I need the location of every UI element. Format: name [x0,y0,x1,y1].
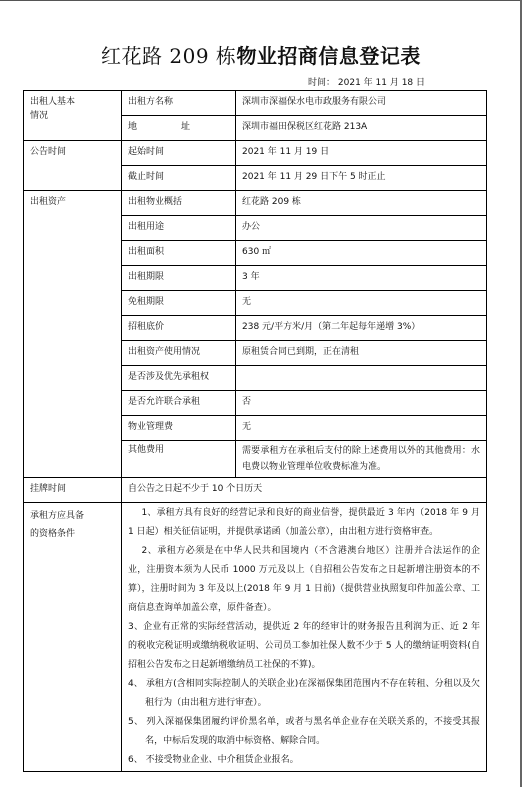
field-label: 物业管理费 [122,416,236,441]
field-label: 是否涉及优先承租权 [122,366,236,391]
field-value: 深圳市福田保税区红花路 213A [236,116,487,141]
date-line: 时间： 2021 年 11 月 18 日 [308,75,425,88]
requirement-item: 3、企业有正常的实际经营活动，提供近 2 年的经审计的财务报告且利润为正、近 2… [128,618,480,675]
field-value: 630 ㎡ [236,241,487,266]
field-label: 截止时间 [122,166,236,191]
field-label: 出租用途 [122,216,236,241]
field-value: 否 [236,391,487,416]
table-row: 承租方应具备的资格条件 1、承租方具有良好的经营记录和良好的商业信誉，提供最近 … [24,503,487,772]
page-title: 红花路 209 栋物业招商信息登记表 [0,40,522,69]
requirement-item: 4、 承租方(含相同实际控制人的关联企业)在深福保集团范围内不存在转租、分租以及… [128,675,480,713]
date-value: 2021 年 11 月 18 日 [338,78,425,88]
requirement-item: 2、承租方必须是在中华人民共和国境内（不含港澳台地区）注册并合法运作的企业，注册… [128,542,480,618]
field-value: 原租赁合同已到期，正在清租 [236,341,487,366]
field-label: 出租物业概括 [122,191,236,216]
title-bold: 物业招商信息登记表 [236,44,421,68]
field-label: 是否允许联合承租 [122,391,236,416]
field-label: 出租资产使用情况 [122,341,236,366]
field-value: 办公 [236,216,487,241]
section-label-lessor: 出租人基本情况 [24,91,122,141]
field-value: 无 [236,291,487,316]
title-regular: 红花路 209 栋 [101,44,236,68]
field-label-address: 地址 [122,116,236,141]
table-row: 出租人基本情况 出租方名称 深圳市深福保水电市政服务有限公司 [24,91,487,116]
section-label-announcement: 公告时间 [24,141,122,191]
section-label-requirements: 承租方应具备的资格条件 [24,503,122,772]
field-label: 出租方名称 [122,91,236,116]
address-label-2: 址 [181,122,190,132]
registration-table: 出租人基本情况 出租方名称 深圳市深福保水电市政服务有限公司 地址 深圳市福田保… [23,90,487,772]
field-value: 深圳市深福保水电市政服务有限公司 [236,91,487,116]
field-label: 出租期限 [122,266,236,291]
field-label: 招租底价 [122,316,236,341]
listing-value: 自公告之日起不少于 10 个日历天 [122,478,487,503]
field-value: 无 [236,416,487,441]
section-label-listing: 挂牌时间 [24,478,122,503]
date-label: 时间： [308,78,335,88]
table-row: 公告时间 起始时间 2021 年 11 月 19 日 [24,141,487,166]
field-value: 3 年 [236,266,487,291]
field-label: 免租期限 [122,291,236,316]
field-value: 2021 年 11 月 29 日下午 5 时正止 [236,166,487,191]
section-label-asset: 出租资产 [24,191,122,478]
field-value: 红花路 209 栋 [236,191,487,216]
field-value: 238 元/平方米/月（第二年起每年递增 3%） [236,316,487,341]
address-label-1: 地 [128,122,159,132]
field-label: 出租面积 [122,241,236,266]
field-label: 起始时间 [122,141,236,166]
requirement-item: 6、 不接受物业企业、中介租赁企业报名。 [128,751,480,770]
field-value [236,366,487,391]
field-label: 其他费用 [122,441,236,478]
requirement-item: 5、 列入深福保集团履约评价黑名单，或者与黑名单企业存在关联关系的，不接受其报名… [128,713,480,751]
field-value: 2021 年 11 月 19 日 [236,141,487,166]
page-frame-top [0,0,522,1]
table-row: 挂牌时间 自公告之日起不少于 10 个日历天 [24,478,487,503]
table-row: 出租资产 出租物业概括 红花路 209 栋 [24,191,487,216]
requirements-list: 1、承租方具有良好的经营记录和良好的商业信誉，提供最近 3 年内（2018 年 … [122,503,487,772]
field-value: 需要承租方在承租后支付的除上述费用以外的其他费用：水电费以物业管理单位收费标准为… [236,441,487,478]
requirement-item: 1、承租方具有良好的经营记录和良好的商业信誉，提供最近 3 年内（2018 年 … [128,504,480,542]
